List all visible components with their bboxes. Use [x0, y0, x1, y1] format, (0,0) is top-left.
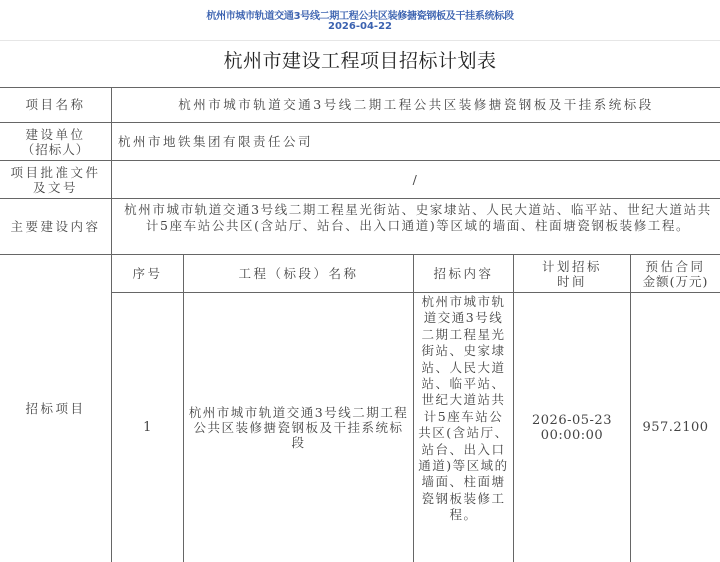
label-builder-line2: （招标人）	[22, 142, 90, 157]
row-name: 杭州市城市轨道交通3号线二期工程公共区装修搪瓷钢板及干挂系统标段	[188, 293, 409, 562]
label-project-name: 项目名称	[0, 87, 111, 122]
header-date: 2026-04-22	[0, 21, 720, 32]
col-time-header: 计划招标 时间	[514, 255, 630, 292]
row-seq: 1	[112, 293, 183, 562]
col-time-header-line1: 计划招标	[542, 259, 602, 274]
row-time-clock: 00:00:00	[541, 428, 603, 443]
table-line	[413, 254, 414, 562]
col-content-header: 招标内容	[414, 255, 513, 292]
table-line	[183, 254, 184, 562]
value-builder: 杭州市地铁集团有限责任公司	[112, 123, 720, 160]
row-content: 杭州市城市轨道交通3号线二期工程星光街站、史家埭站、人民大道站、临平站、世纪大道…	[418, 293, 509, 562]
value-main-content: 杭州市城市轨道交通3号线二期工程星光街站、史家埭站、人民大道站、临平站、世纪大道…	[118, 200, 718, 253]
label-main-content: 主要建设内容	[0, 199, 111, 254]
label-bid-items: 招标项目	[0, 255, 111, 562]
value-project-name: 杭州市城市轨道交通3号线二期工程公共区装修搪瓷钢板及干挂系统标段	[112, 87, 720, 122]
col-name-header: 工程（标段）名称	[184, 255, 413, 292]
col-amount-header: 预估合同 金额(万元)	[631, 255, 720, 292]
document-title: 杭州市建设工程项目招标计划表	[0, 46, 720, 73]
header-subject: 杭州市城市轨道交通3号线二期工程公共区装修搪瓷钢板及干挂系统标段	[0, 7, 720, 22]
col-amount-header-line2: 金额(万元)	[643, 274, 709, 289]
header-divider	[0, 40, 720, 41]
col-amount-header-line1: 预估合同	[645, 259, 705, 274]
label-approval-line2: 及文号	[33, 180, 78, 195]
page-header: 杭州市城市轨道交通3号线二期工程公共区装修搪瓷钢板及干挂系统标段 2026-04…	[0, 0, 720, 40]
col-seq-header: 序号	[112, 255, 183, 292]
row-time: 2026-05-23 00:00:00	[514, 293, 630, 562]
label-builder-line1: 建设单位	[25, 127, 85, 142]
value-approval: /	[112, 161, 720, 198]
row-time-date: 2026-05-23	[532, 413, 612, 428]
row-amount: 957.2100	[631, 293, 720, 562]
col-time-header-line2: 时间	[557, 274, 587, 289]
label-approval-line1: 项目批准文件	[10, 165, 100, 180]
label-approval: 项目批准文件 及文号	[0, 161, 111, 198]
bid-plan-table: 项目名称 杭州市城市轨道交通3号线二期工程公共区装修搪瓷钢板及干挂系统标段 建设…	[0, 87, 720, 562]
label-builder: 建设单位 （招标人）	[0, 123, 111, 160]
